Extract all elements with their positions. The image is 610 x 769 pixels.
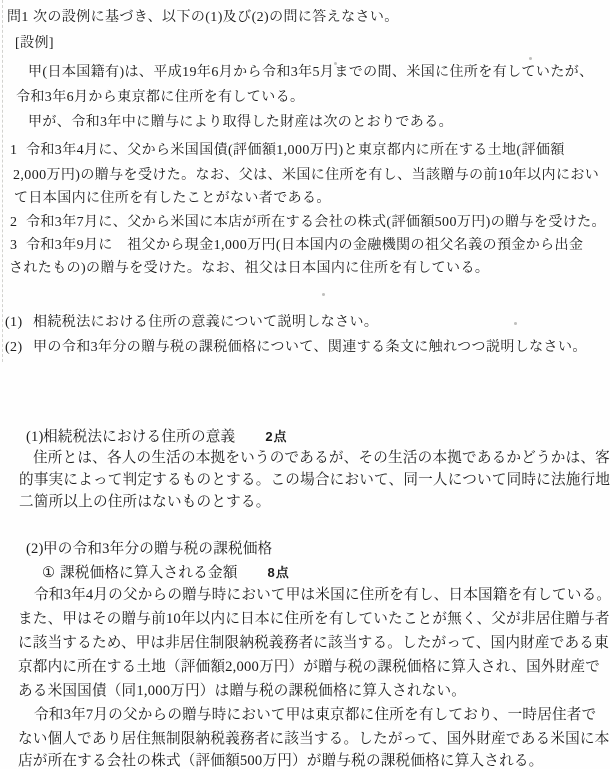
answer-1-heading: (1)相続税法における住所の意義2点: [26, 427, 288, 446]
answer-1-title: 相続税法における住所の意義: [43, 429, 235, 445]
answer-2-heading: (2)甲の令和3年分の贈与税の課税価格: [26, 540, 272, 559]
answer-1-points-badge: 2点: [265, 429, 287, 444]
item-3-line-1: 3令和3年9月に 祖父から現金1,000万円(日本国内の金融機関の祖父名義の預金…: [10, 236, 583, 255]
answer-1-number: (1): [26, 428, 43, 447]
item-1-line-2: 2,000万円)の贈与を受けた。なお、父は、米国に住所を有し、当該贈与の前10年…: [13, 166, 599, 185]
answer-2-sub-title: 課税価格に算入される金額: [60, 565, 238, 581]
answer-2-title: 甲の令和3年分の贈与税の課税価格: [43, 541, 272, 557]
answer-2-sub-number: ①: [42, 564, 60, 583]
item-1-number: 1: [10, 141, 26, 160]
answer-2-line-5: ある米国国債（同1,000万円）は贈与税の課税価格に算入されない。: [18, 682, 466, 701]
scanned-document-page: 問1次の設例に基づき、以下の(1)及び(2)の問に答えなさい。 [設例] 甲(日…: [0, 0, 610, 769]
subquestion-1-text: 相続税法における住所の意義について説明しなさい。: [33, 315, 378, 330]
subquestion-1-number: (1): [5, 313, 33, 332]
scan-speck: [322, 293, 325, 296]
question-instruction: 次の設例に基づき、以下の(1)及び(2)の問に答えなさい。: [33, 10, 399, 25]
answer-1-line-1: 住所とは、各人の生活の本拠をいうのであるが、その生活の本拠であるかどうかは、客観: [33, 449, 610, 468]
case-line-3: 甲が、令和3年中に贈与により取得した財産は次のとおりである。: [28, 113, 453, 132]
answer-2-line-1: 令和3年4月の父からの贈与時において甲は米国に住所を有し、日本国籍を有している。: [34, 586, 610, 605]
item-2-line-1: 2令和3年7月に、父から米国に本店が所在する会社の株式(評価額500万円)の贈与…: [10, 213, 606, 232]
answer-2-sub-heading: ①課税価格に算入される金額8点: [42, 563, 290, 582]
item-1-line-3: て日本国内に住所を有したことがない者である。: [14, 189, 331, 208]
item-3-number: 3: [10, 236, 26, 255]
answer-2-line-3: に該当するため、甲は非居住制限納税義務者に該当する。したがって、国内財産である東: [18, 634, 609, 653]
subquestion-1: (1)相続税法における住所の意義について説明しなさい。: [5, 313, 378, 332]
item-3-line-2: されたもの)の贈与を受けた。なお、祖父は日本国内に住所を有している。: [9, 259, 489, 278]
item-1-text: 令和3年4月に、父から米国国債(評価額1,000万円)と東京都内に所在する土地(…: [26, 143, 565, 158]
case-line-2: 令和3年6月から東京都に住所を有している。: [16, 88, 304, 107]
answer-2-line-8: 店が所在する会社の株式（評価額500万円）が贈与税の課税価格に算入される。: [18, 752, 543, 769]
question-number: 問1: [7, 8, 33, 27]
subquestion-2: (2)甲の令和3年分の贈与税の課税価格について、関連する条文に触れつつ説明しなさ…: [5, 338, 587, 357]
item-2-number: 2: [10, 213, 26, 232]
answer-2-points-badge: 8点: [268, 565, 290, 580]
answer-2-line-6: 令和3年7月の父からの贈与時において甲は東京都に住所を有しており、一時居住者で: [34, 706, 596, 725]
scan-binding-line: [2, 0, 3, 362]
item-1-line-1: 1令和3年4月に、父から米国国債(評価額1,000万円)と東京都内に所在する土地…: [10, 141, 565, 160]
answer-2-line-7: ない個人であり居住無制限納税義務者に該当する。したがって、国外財産である米国に本: [18, 730, 609, 749]
case-label: [設例]: [15, 34, 54, 53]
question-header-line: 問1次の設例に基づき、以下の(1)及び(2)の問に答えなさい。: [7, 8, 399, 27]
item-3-text: 令和3年9月に 祖父から現金1,000万円(日本国内の金融機関の祖父名義の預金か…: [26, 238, 583, 253]
item-2-text: 令和3年7月に、父から米国に本店が所在する会社の株式(評価額500万円)の贈与を…: [26, 215, 606, 230]
subquestion-2-number: (2): [5, 338, 33, 357]
scan-speck: [514, 322, 517, 325]
answer-1-line-2: 的事実によって判定するものとする。この場合において、同一人について同時に法施行地…: [19, 471, 610, 490]
case-line-1: 甲(日本国籍有)は、平成19年6月から令和3年5月までの間、米国に住所を有してい…: [28, 63, 594, 82]
answer-1-line-3: 二箇所以上の住所はないものとする。: [19, 493, 271, 512]
scan-speck: [529, 57, 532, 60]
answer-2-line-2: また、甲はその贈与前10年以内に日本に住所を有していたことが無く、父が非居住贈与…: [18, 610, 610, 629]
answer-2-line-4: 京都内に所在する土地（評価額2,000万円）が贈与税の課税価格に算入され、国外財…: [18, 658, 600, 677]
answer-2-number: (2): [26, 540, 43, 559]
subquestion-2-text: 甲の令和3年分の贈与税の課税価格について、関連する条文に触れつつ説明しなさい。: [33, 340, 587, 355]
